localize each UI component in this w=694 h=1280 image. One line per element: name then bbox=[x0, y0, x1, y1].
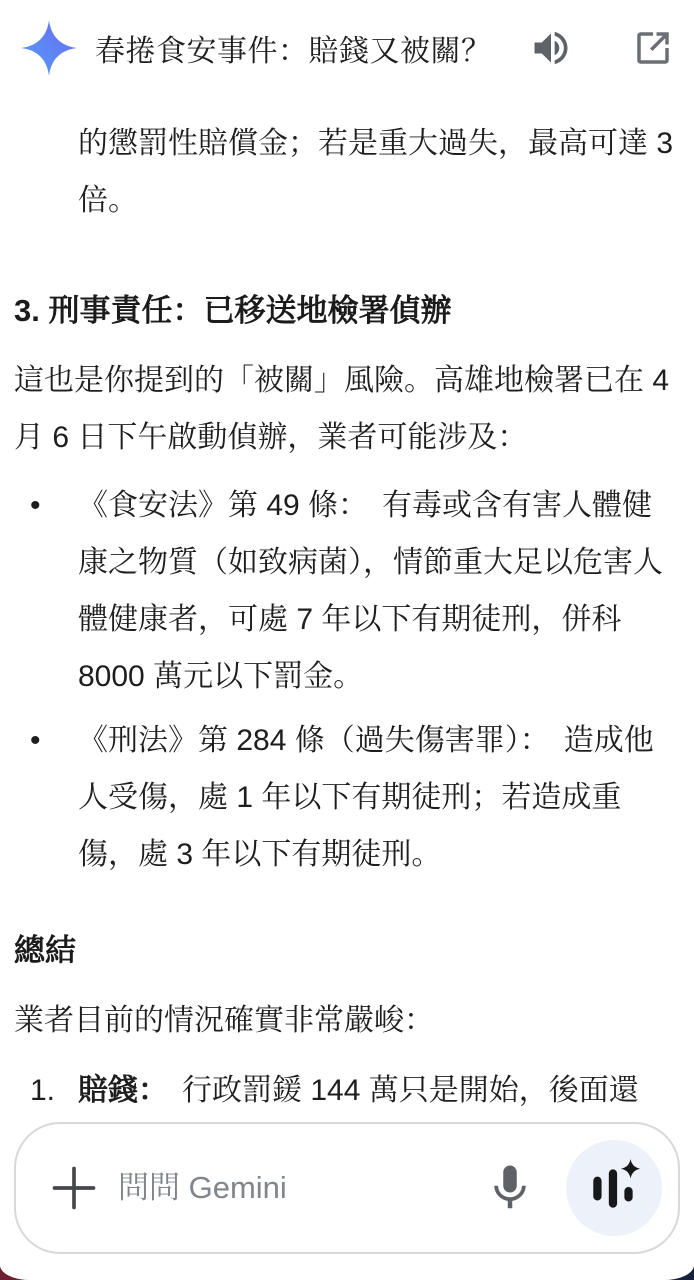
summary-intro-paragraph: 業者目前的情況確實非常嚴峻： bbox=[14, 992, 674, 1049]
bullet-lead: 《食安法》第 49 條： bbox=[78, 489, 368, 522]
bullet-marker: • bbox=[14, 477, 78, 534]
summary-heading: 總結 bbox=[14, 931, 674, 971]
chat-header: 春捲食安事件：賠錢又被關？ bbox=[0, 0, 694, 95]
open-in-new-icon[interactable] bbox=[630, 25, 676, 71]
gemini-app-window: 春捲食安事件：賠錢又被關？ 的懲罰性賠償金；若是重大過失，最高可達 3 倍。 3… bbox=[0, 0, 694, 1280]
law-bullet-list: • 《食安法》第 49 條：有毒或含有害人體健康之物質（如致病菌），情節重大足以… bbox=[14, 477, 674, 883]
section-intro-paragraph: 這也是你提到的「被關」風險。高雄地檢署已在 4 月 6 日下午啟動偵辦，業者可能… bbox=[14, 352, 674, 466]
list-item: • 《刑法》第 284 條（過失傷害罪）：造成他人受傷，處 1 年以下有期徒刑；… bbox=[14, 712, 674, 883]
numbered-lead: 賠錢： bbox=[78, 1074, 168, 1107]
bullet-text: 《食安法》第 49 條：有毒或含有害人體健康之物質（如致病菌），情節重大足以危害… bbox=[78, 477, 674, 705]
ask-gemini-input[interactable] bbox=[118, 1170, 478, 1206]
bullet-text: 《刑法》第 284 條（過失傷害罪）：造成他人受傷，處 1 年以下有期徒刑；若造… bbox=[78, 712, 674, 883]
bullet-marker: • bbox=[14, 712, 78, 769]
chat-response-body: 的懲罰性賠償金；若是重大過失，最高可達 3 倍。 3. 刑事責任：已移送地檢署偵… bbox=[0, 95, 694, 1280]
speaker-volume-icon[interactable] bbox=[528, 25, 574, 71]
input-bar-container bbox=[0, 1106, 694, 1280]
bullet-lead: 《刑法》第 284 條（過失傷害罪）： bbox=[78, 724, 550, 757]
section-heading-criminal-liability: 3. 刑事責任：已移送地檢署偵辦 bbox=[14, 291, 674, 331]
numbered-body: 行政罰鍰 144 萬只是開始，後面還 bbox=[182, 1074, 639, 1107]
phone-screen: 春捲食安事件：賠錢又被關？ 的懲罰性賠償金；若是重大過失，最高可達 3 倍。 3… bbox=[0, 0, 694, 1280]
response-paragraph-continued: 的懲罰性賠償金；若是重大過失，最高可達 3 倍。 bbox=[78, 115, 674, 229]
microphone-icon[interactable] bbox=[478, 1156, 542, 1220]
list-item: • 《食安法》第 49 條：有毒或含有害人體健康之物質（如致病菌），情節重大足以… bbox=[14, 477, 674, 705]
gemini-live-button[interactable] bbox=[566, 1140, 662, 1236]
gemini-sparkle-icon bbox=[20, 19, 78, 77]
gemini-live-waveform-icon bbox=[585, 1158, 643, 1219]
chat-title: 春捲食安事件：賠錢又被關？ bbox=[95, 26, 528, 70]
prompt-input-pill[interactable] bbox=[14, 1122, 680, 1254]
plus-icon[interactable] bbox=[44, 1158, 104, 1218]
